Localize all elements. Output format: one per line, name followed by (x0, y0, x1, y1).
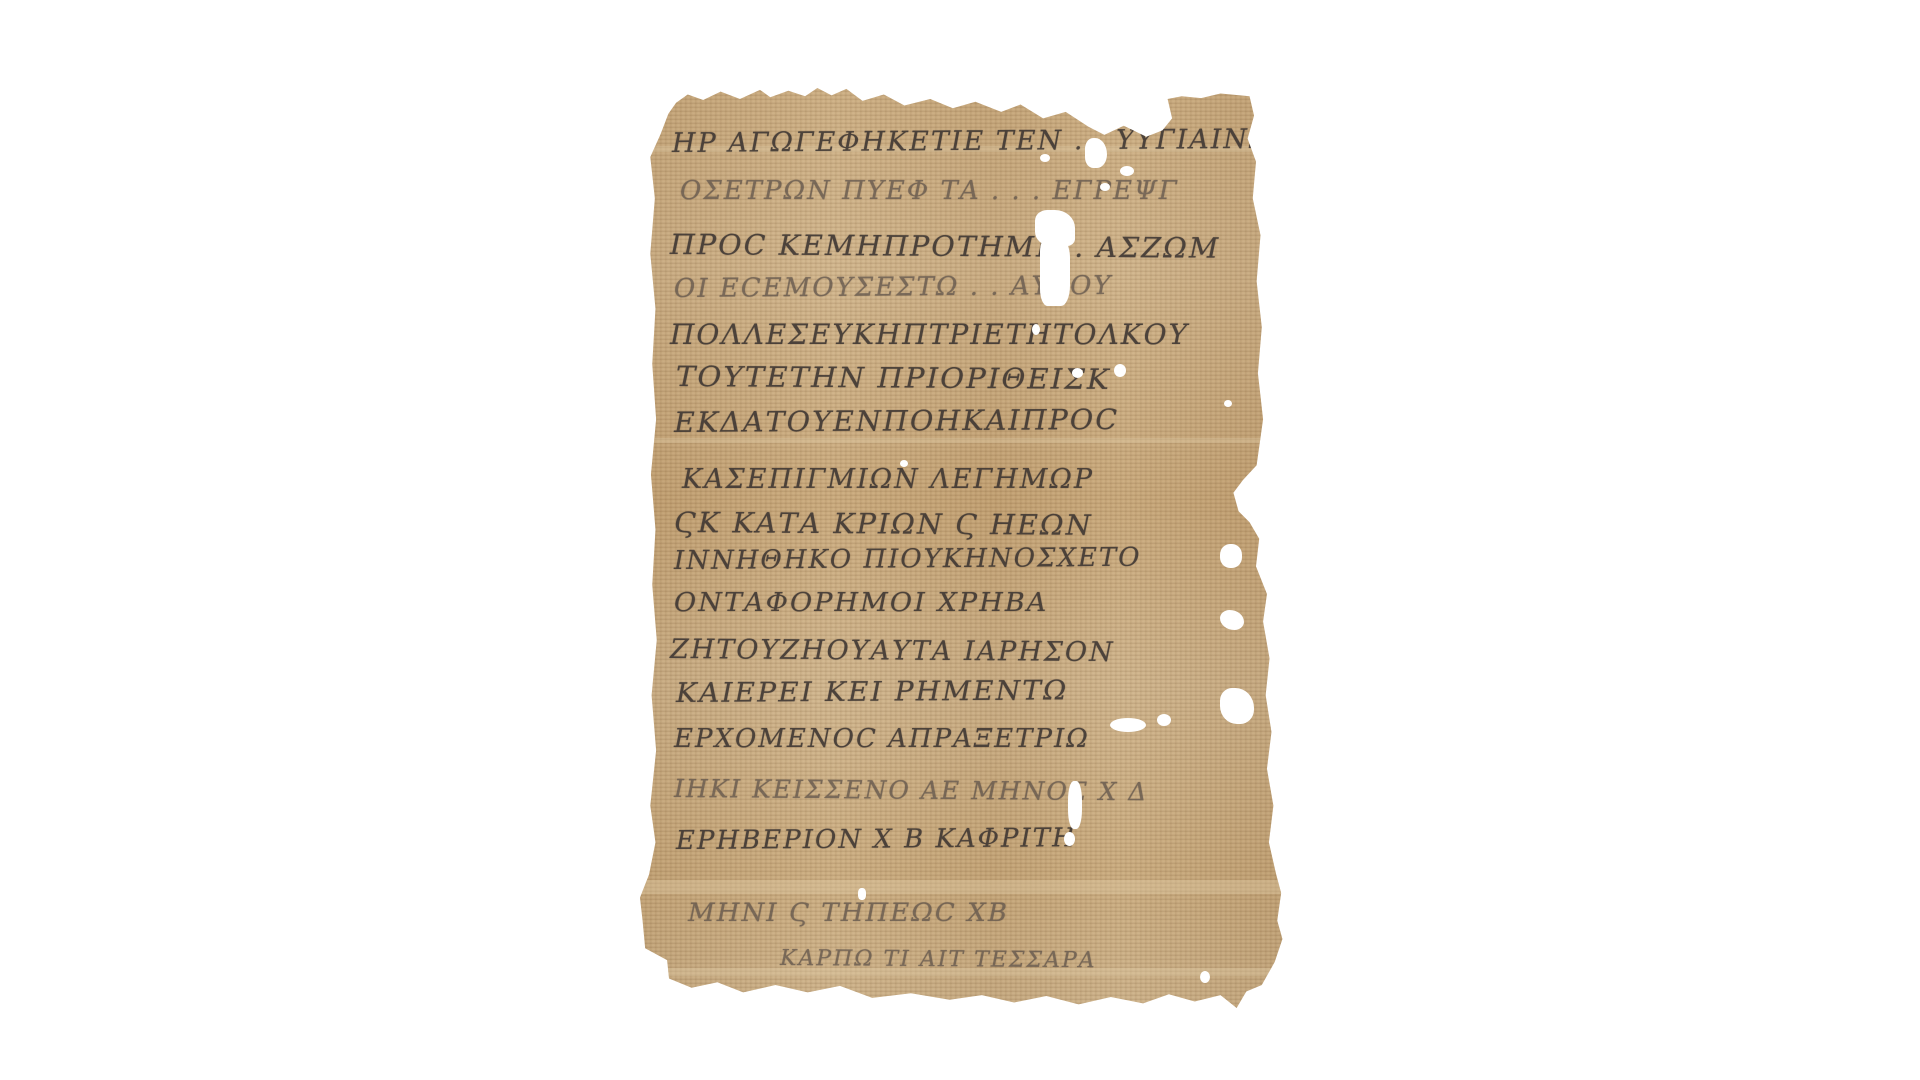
papyrus-hole (858, 888, 866, 900)
papyrus-hole (1068, 781, 1082, 829)
fiber-band (640, 880, 1285, 894)
papyrus-hole (1040, 154, 1050, 162)
papyrus-hole (1032, 324, 1040, 335)
text-line: ϚΚ ΚΑΤΑ ΚΡΙΩΝ Ϛ ΗΕΩΝ (674, 506, 1093, 542)
text-line: ΠΟΛΛΕΣΕΥΚΗΠΤΡΙΕΤΗΤΟΛΚΟΥ (670, 318, 1189, 351)
papyrus-hole (1064, 832, 1075, 846)
papyrus-hole (1157, 714, 1171, 726)
text-line: ΕΚΔΑΤΟΥΕΝΠΟΗΚΑΙΠΡΟϹ (674, 403, 1119, 439)
text-line: ΚΑΙΕΡΕΙ ΚΕΙ ΡΗΜΕΝΤΩ (676, 675, 1069, 709)
papyrus-hole (1220, 688, 1254, 724)
papyrus-hole (1040, 238, 1070, 306)
text-line: ΟΣΕΤΡΩΝ ΠΥΕΦ ΤΑ . . . ΕΓΡΕΨΓ (680, 176, 1179, 206)
papyrus-hole (1120, 166, 1134, 176)
text-line: ΤΟΥΤΕΤΗΝ ΠΡΙΟΡΙΘΕΙΣΚ (676, 360, 1111, 396)
fiber-band (640, 438, 1285, 443)
text-line: ΕΡΗΒΕΡΙΟΝ Χ Β ΚΑΦΡΙΤΗ (676, 823, 1077, 856)
papyrus-hole (1072, 368, 1083, 378)
papyrus-hole (1200, 971, 1210, 983)
text-line: ΚΑΡΠΩ ΤΙ ΑΙΤ ΤΕΣΣΑΡΑ (780, 946, 1097, 973)
papyrus-hole (1220, 610, 1244, 630)
text-line: ΜΗΝΙ Ϛ ΤΗΠΕΩϹ ΧΒ (688, 898, 1009, 927)
papyrus-hole (1220, 544, 1242, 568)
text-line: ΖΗΤΟΥΖΗΟΥΑΥΤΑ ΙΑΡΗΣΟΝ (670, 634, 1115, 668)
papyrus-hole (1100, 183, 1110, 191)
papyrus-hole (1224, 400, 1232, 407)
papyrus-hole (1085, 138, 1107, 168)
image-canvas: ΗΡ ΑΓΩΓΕΦΗΚΕΤΙΕ ΤΕΝ . . ΥΥΓΙΑΙΝΩΟΣΕΤΡΩΝ … (0, 0, 1920, 1080)
text-line: ΠΡΟϹ ΚΕΜΗΠΡΟΤΗΜΗ . ΑΣΖΩΜ (670, 228, 1220, 265)
text-line: ΕΡΧΟΜΕΝΟϹ ΑΠΡΑΞΕΤΡΙΩ (674, 724, 1090, 754)
text-line: ΚΑΣΕΠΙΓΜΙΩΝ ΛΕΓΗΜΩΡ (682, 464, 1094, 495)
text-line: ΙΝΝΗΘΗΚΟ ΠΙΟΥΚΗΝΟΣΧΕΤΟ (674, 543, 1142, 576)
text-line: ΟΝΤΑΦΟΡΗΜΟΙ ΧΡΗΒΑ (674, 588, 1048, 618)
papyrus-fragment: ΗΡ ΑΓΩΓΕΦΗΚΕΤΙΕ ΤΕΝ . . ΥΥΓΙΑΙΝΩΟΣΕΤΡΩΝ … (640, 88, 1285, 1008)
papyrus-hole (1110, 718, 1146, 732)
papyrus-hole (900, 460, 908, 467)
papyrus-hole (1114, 364, 1126, 377)
text-line: ΗΡ ΑΓΩΓΕΦΗΚΕΤΙΕ ΤΕΝ . . ΥΥΓΙΑΙΝΩ (672, 124, 1274, 159)
